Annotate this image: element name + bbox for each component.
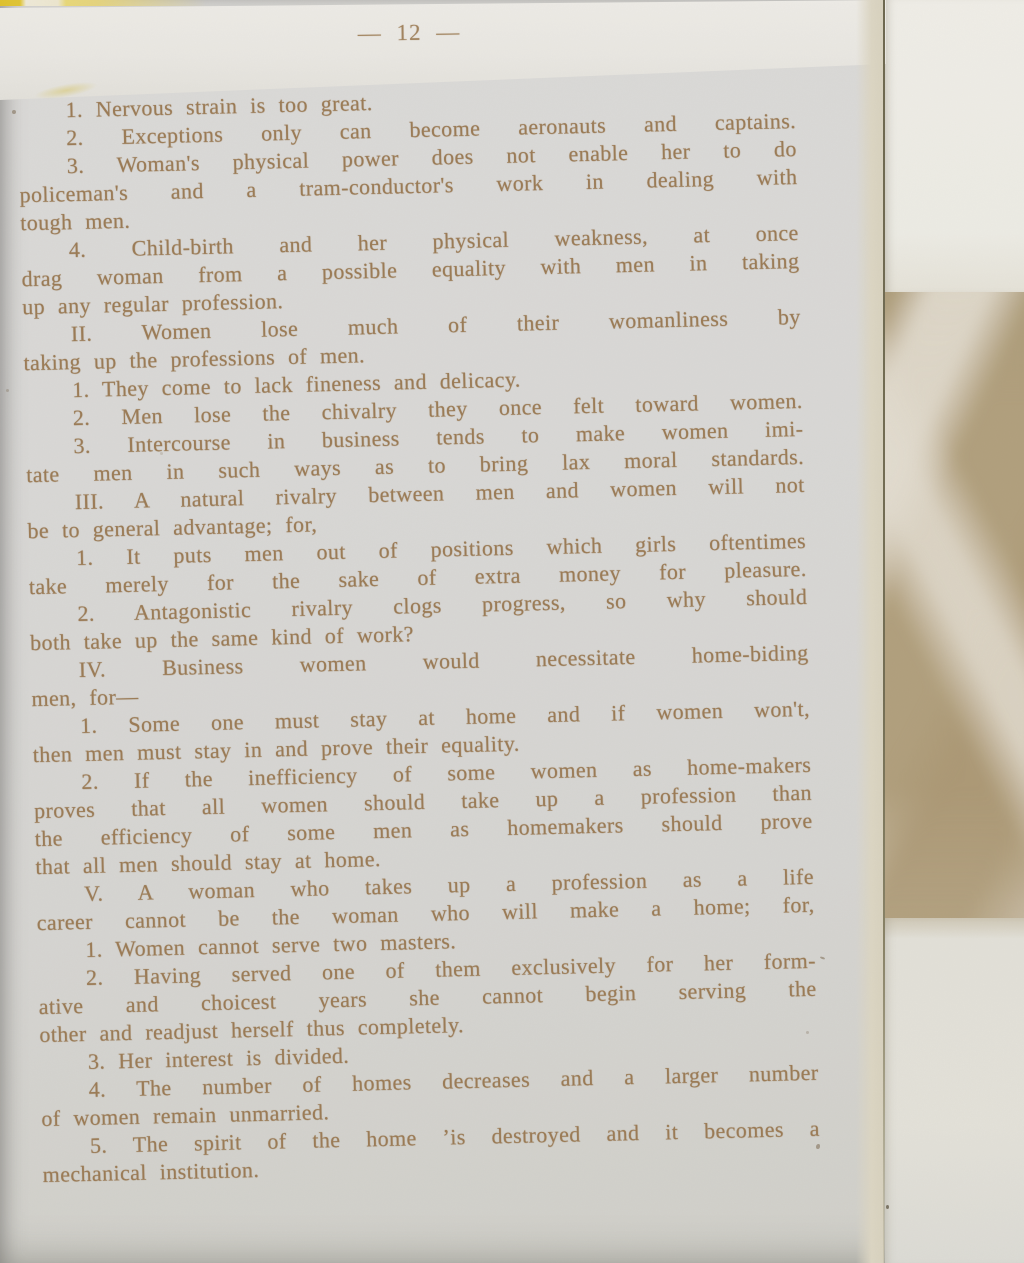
outline-text: 1. Nervous strain is too great.2. Except… [17, 79, 821, 1189]
adjacent-page-top [885, 0, 1024, 292]
corner-yellow-strip [0, 0, 206, 6]
adjacent-page-area [885, 0, 1024, 1263]
page-edge-strip [856, 0, 884, 1263]
stain-speck [160, 452, 163, 455]
stain-speck [6, 389, 9, 392]
stain-speck [12, 110, 16, 114]
stain-speck [886, 1205, 889, 1209]
page-edge-line [883, 0, 885, 1263]
stain-speck [806, 1031, 809, 1034]
photo-bleedthrough [885, 292, 1024, 918]
page-number: — 12 — [344, 19, 474, 47]
paragraph: 2. If the inefficiency of some women as … [33, 751, 813, 881]
scanned-document: — 12 — 1. Nervous strain is too great.2.… [0, 0, 1024, 1263]
adjacent-page-bottom [885, 918, 1024, 1263]
book-page: — 12 — 1. Nervous strain is too great.2.… [0, 0, 886, 1263]
